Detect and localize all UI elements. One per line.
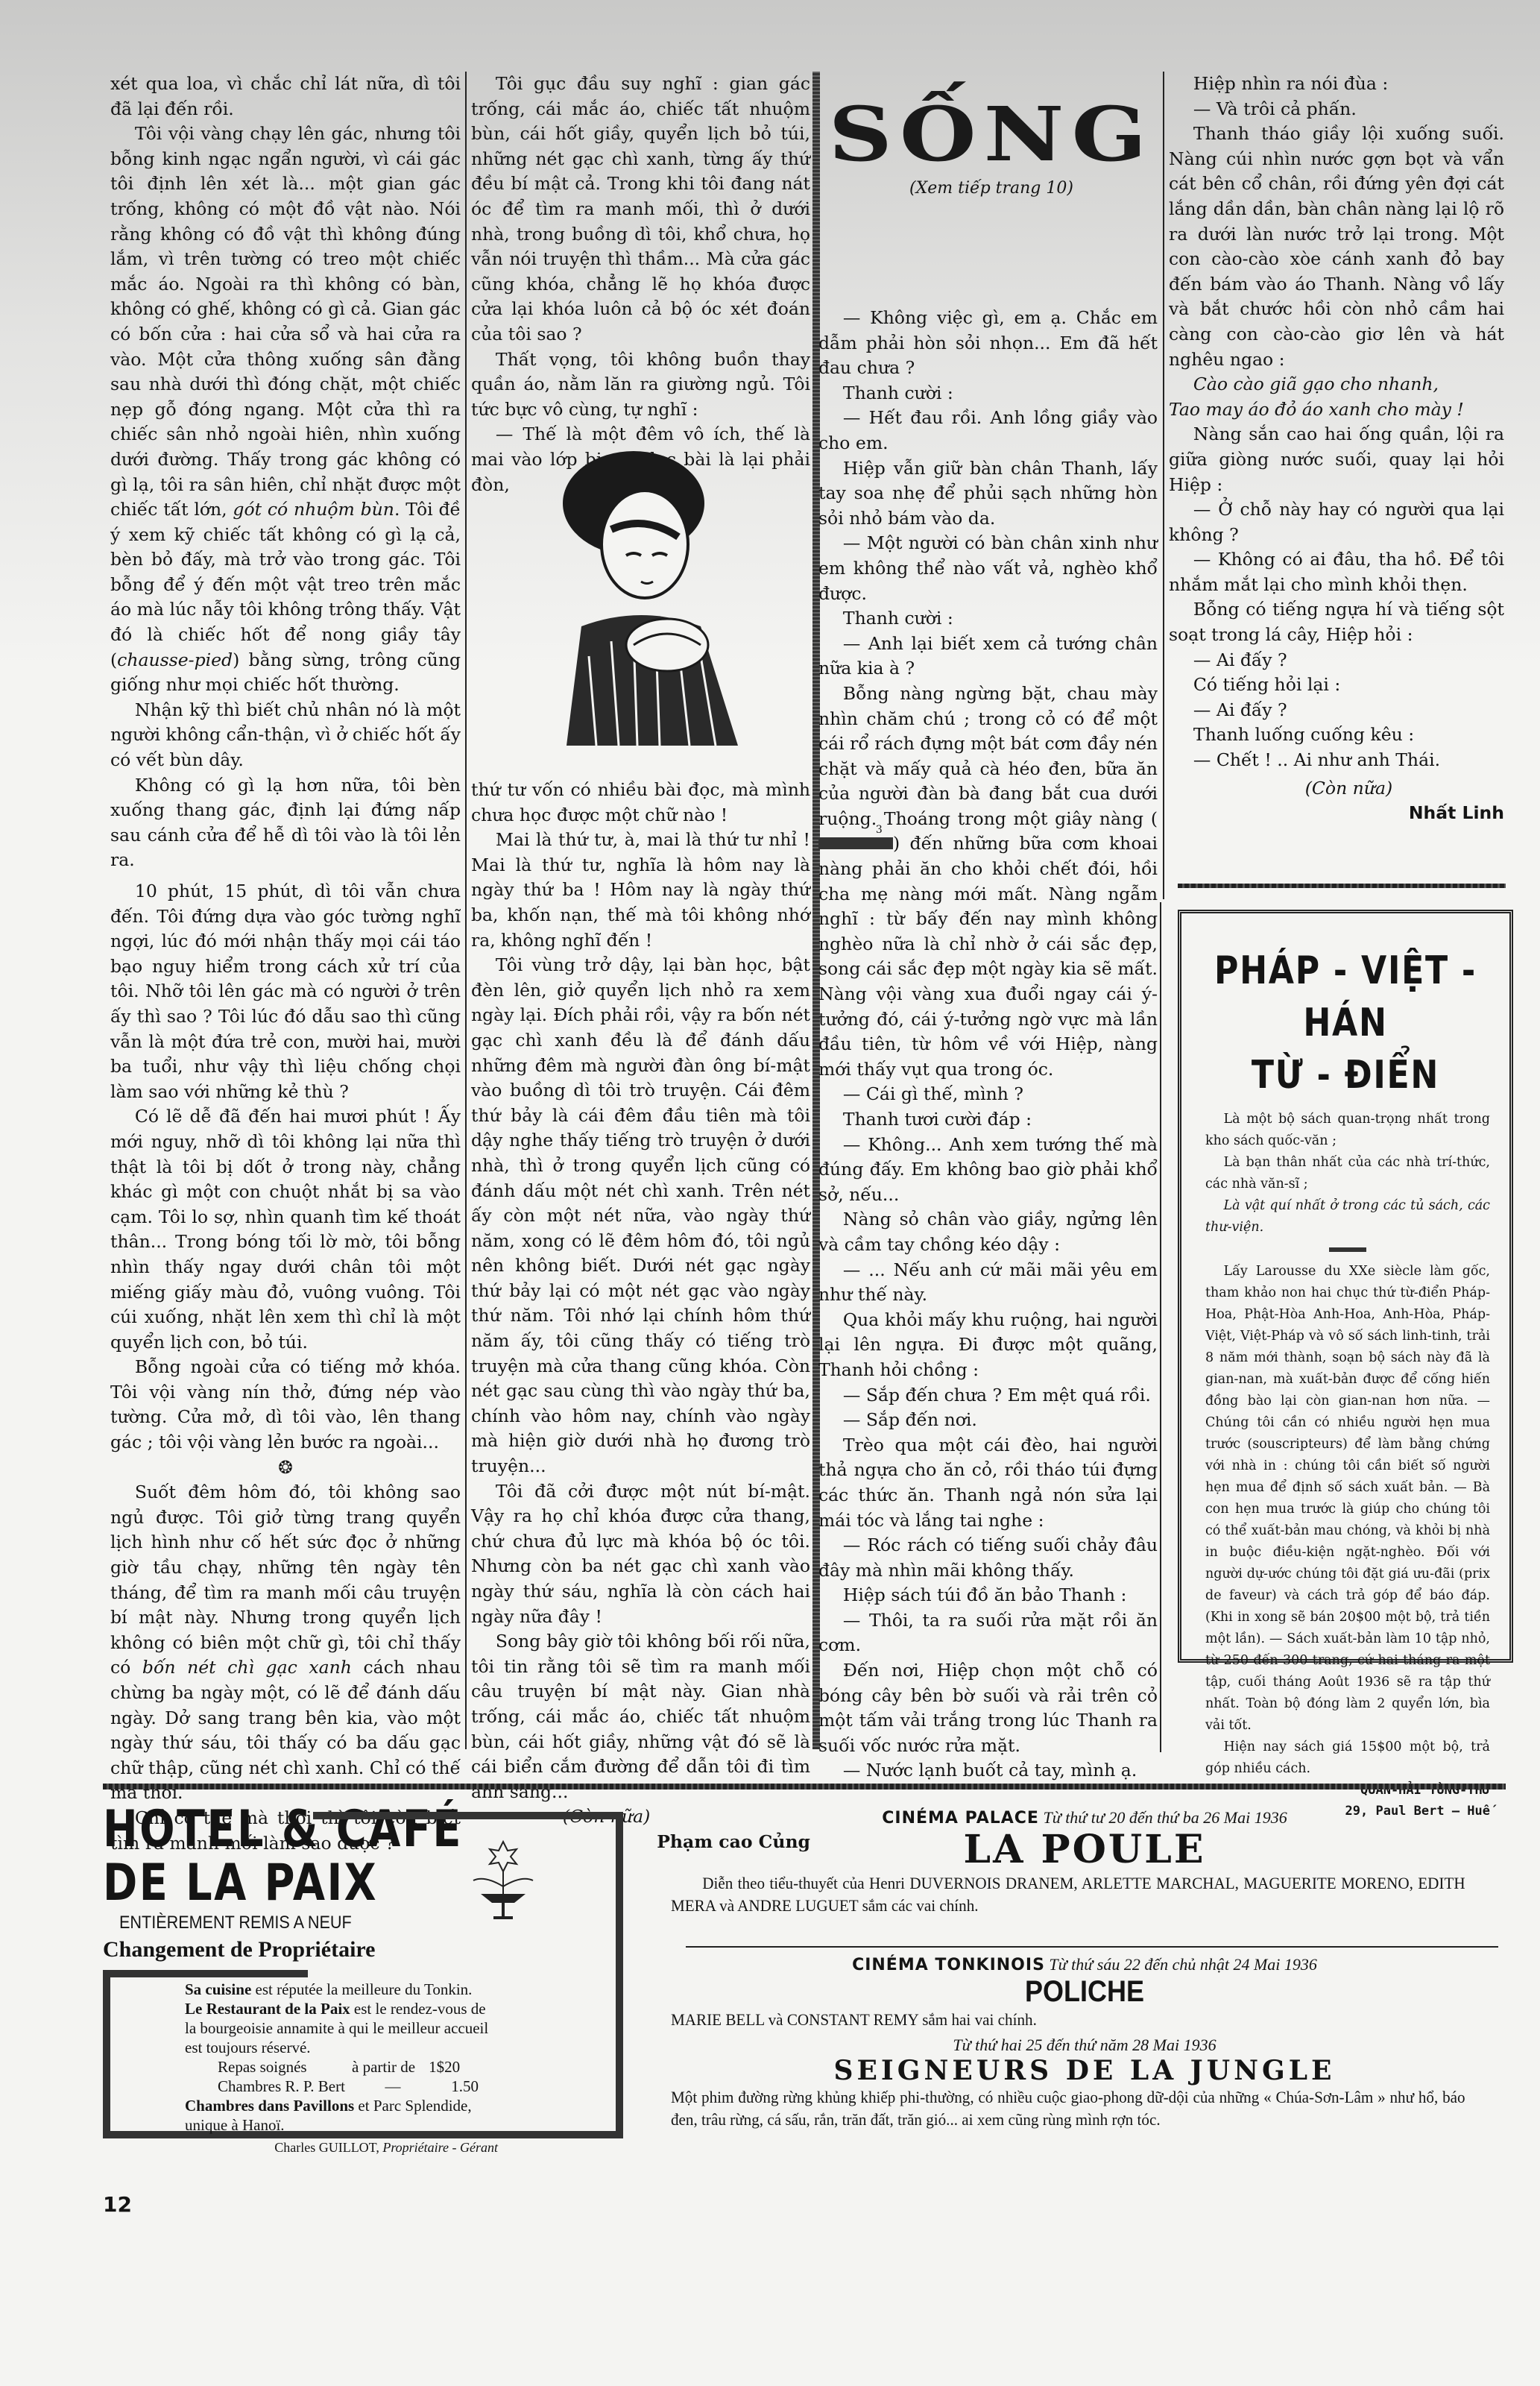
section-ornament: ❂: [110, 1455, 461, 1481]
paragraph: — Và trôi cả phấn.: [1169, 97, 1504, 122]
frame-border: [103, 1970, 308, 1977]
section-rule: [686, 1946, 1498, 1948]
cinema-tonkinois-listing: CINÉMA TONKINOIS Từ thứ sáu 22 đến chủ n…: [671, 1955, 1498, 2131]
paragraph: — ... Nếu anh cứ mãi mãi yêu em như thế …: [818, 1258, 1158, 1308]
paragraph: Tôi vùng trở dậy, lại bàn học, bật đèn l…: [471, 953, 810, 1479]
paragraph: Không có gì lạ hơn nữa, tôi bèn xuống th…: [110, 773, 461, 873]
paragraph: Thanh luống cuống kêu :: [1169, 723, 1504, 748]
paragraph: Thanh cười :: [818, 381, 1158, 406]
paragraph: Tôi vội vàng chạy lên gác, nhưng tôi bỗn…: [110, 122, 461, 698]
ad-title: PHÁP - VIỆT - HÁN: [1206, 945, 1485, 1049]
paragraph: Có tiếng hỏi lại :: [1169, 673, 1504, 698]
paragraph: Bỗng nàng ngừng bặt, chau mày nhìn chăm …: [818, 682, 1158, 1083]
paragraph: Suốt đêm hôm đó, tôi không sao ngủ được.…: [110, 1480, 461, 1806]
cinema-header: CINÉMA TONKINOIS Từ thứ sáu 22 đến chủ n…: [671, 1955, 1498, 1974]
film-title: POLICHE: [713, 1974, 1457, 2009]
paragraph: Thanh cười :: [818, 606, 1158, 632]
section-rule: [1178, 884, 1506, 888]
paragraph: — Róc rách có tiếng suối chảy đâu đây mà…: [818, 1533, 1158, 1583]
paragraph: — Ở chỗ này hay có người qua lại không ?: [1169, 497, 1504, 547]
story2-column-4: Hiệp nhìn ra nói đùa : — Và trôi cả phấn…: [1169, 72, 1504, 826]
ad-intro-line: Là vật quí nhất ở trong các tủ sách, các…: [1205, 1195, 1490, 1238]
paragraph: Nhận kỹ thì biết chủ nhân nó là một ngườ…: [110, 698, 461, 773]
frame-border: [103, 1970, 110, 2137]
paragraph: — Sắp đến nơi.: [818, 1408, 1158, 1433]
paragraph: Trèo qua một cái đèo, hai người thả ngựa…: [818, 1433, 1158, 1533]
paragraph: Song bây giờ tôi không bối rối nữa, tôi …: [471, 1629, 810, 1804]
paragraph: — Ai đấy ?: [1169, 698, 1504, 723]
paragraph: — Một người có bàn chân xinh như em khôn…: [818, 531, 1158, 606]
flower-vase-icon: [462, 1834, 544, 1924]
film-dates: Từ thứ hai 25 đến thứ năm 28 Mai 1936: [671, 2036, 1498, 2055]
paragraph: — Sắp đến chưa ? Em mệt quá rồi.: [818, 1383, 1158, 1408]
paragraph: — Chết ! .. Ai như anh Thái.: [1169, 748, 1504, 773]
ad-body: Là một bộ sách quan-trọng nhất trong kho…: [1181, 1101, 1509, 1822]
cinema-palace-listing: CINÉMA PALACE Từ thứ tư 20 đến thứ ba 26…: [671, 1808, 1498, 1917]
paragraph: 10 phút, 15 phút, dì tôi vẫn chưa đến. T…: [110, 879, 461, 1104]
paragraph: Có lẽ dễ đã đến hai mươi phút ! Ấy mới n…: [110, 1104, 461, 1355]
censored-block: 3: [818, 837, 893, 849]
ad-line: Sa cuisine est réputée la meilleure du T…: [185, 1980, 498, 1999]
story2-column-3: — Không việc gì, em ạ. Chắc em dẫm phải …: [818, 306, 1158, 1784]
paragraph: xét qua loa, vì chắc chỉ lát nữa, dì tôi…: [110, 72, 461, 122]
continued-note: (Còn nữa): [1169, 776, 1504, 802]
paragraph: — Anh lại biết xem cả tướng chân nữa kia…: [818, 632, 1158, 682]
page-number: 12: [103, 2192, 132, 2217]
film-title: LA POULE: [671, 1828, 1498, 1872]
paragraph: — Ai đấy ?: [1169, 648, 1504, 673]
film-title: SEIGNEURS DE LA JUNGLE: [671, 2055, 1498, 2086]
paragraph: — Không việc gì, em ạ. Chắc em dẫm phải …: [818, 306, 1158, 381]
price-row: Repas soignésà partir de1$20: [185, 2057, 498, 2077]
paragraph: Tôi gục đầu suy nghĩ : gian gác trống, c…: [471, 72, 810, 347]
frame-border: [616, 1812, 623, 2136]
paragraph: Thanh tươi cười đáp :: [818, 1107, 1158, 1133]
paragraph: Nàng sắn cao hai ống quần, lội ra giữa g…: [1169, 422, 1504, 497]
paragraph: — Không... Anh xem tướng thế mà đúng đấy…: [818, 1133, 1158, 1208]
paragraph: Hiệp nhìn ra nói đùa :: [1169, 72, 1504, 97]
paragraph: — Nước lạnh buốt cả tay, mình ạ.: [818, 1758, 1158, 1784]
ad-intro-line: Là bạn thân nhất của các nhà trí-thức, c…: [1205, 1152, 1490, 1195]
film-description: MARIE BELL và CONSTANT REMY sắm hai vai …: [671, 2009, 1465, 2031]
column-rule: [465, 72, 467, 1749]
section-rule: [103, 1784, 1506, 1789]
paragraph: — Hết đau rồi. Anh lồng giầy vào cho em.: [818, 406, 1158, 456]
paragraph: — Không có ai đâu, tha hồ. Để tôi nhắm m…: [1169, 547, 1504, 597]
paragraph: thứ tư vốn có nhiều bài đọc, mà mình chư…: [471, 778, 810, 828]
cinema-header: CINÉMA PALACE Từ thứ tư 20 đến thứ ba 26…: [671, 1808, 1498, 1828]
paragraph: Tôi đã cởi được một nút bí-mật. Vậy ra h…: [471, 1479, 810, 1630]
story-title: SỐNG: [827, 96, 1155, 172]
hotel-signature: Charles GUILLOT, Propriétaire - Gérant: [185, 2138, 498, 2157]
paragraph: Hiệp sách túi đồ ăn bảo Thanh :: [818, 1583, 1158, 1608]
hotel-subtitle: ENTIÈREMENT REMIS A NEUF: [119, 1913, 352, 1933]
story-subtitle: (Xem tiếp trang 10): [827, 179, 1155, 198]
ad-line: Le Restaurant de la Paix est le rendez-v…: [185, 1999, 498, 2057]
hotel-ad-body: Sa cuisine est réputée la meilleure du T…: [185, 1980, 498, 2157]
column-rule: [1160, 902, 1161, 1752]
column-rule: [1163, 72, 1164, 899]
ad-intro-line: Là một bộ sách quan-trọng nhất trong kho…: [1205, 1109, 1490, 1152]
paragraph: Nàng sỏ chân vào giầy, ngửng lên và cầm …: [818, 1207, 1158, 1257]
poem-line: Tao may áo đỏ áo xanh cho mày !: [1169, 397, 1504, 423]
author-byline: Nhất Linh: [1169, 801, 1504, 826]
woman-illustration: [522, 432, 768, 746]
price-row: Chambres R. P. Bert—1.50: [185, 2077, 498, 2096]
poem-line: Cào cào giã gạo cho nhanh,: [1169, 372, 1504, 397]
paragraph: Hiệp vẫn giữ bàn chân Thanh, lấy tay soa…: [818, 456, 1158, 532]
paragraph: Đến nơi, Hiệp chọn một chỗ có bóng cây b…: [818, 1658, 1158, 1758]
ad-title: TỪ - ĐIỂN: [1206, 1049, 1485, 1101]
paragraph: Mai là thứ tư, à, mai là thứ tư nhỉ ! Ma…: [471, 828, 810, 953]
ad-line: Chambres dans Pavillons et Parc Splendid…: [185, 2096, 498, 2135]
paragraph: Thanh tháo giầy lội xuống suối. Nàng cúi…: [1169, 122, 1504, 372]
paragraph: Bỗng ngoài cửa có tiếng mở khóa. Tôi vội…: [110, 1355, 461, 1455]
ad-paragraph: Hiện nay sách giá 15$00 một bộ, trả góp …: [1205, 1737, 1490, 1780]
dictionary-advertisement: PHÁP - VIỆT - HÁN TỪ - ĐIỂN Là một bộ sá…: [1178, 910, 1513, 1663]
separator: [1329, 1247, 1366, 1252]
paragraph: Thất vọng, tôi không buồn thay quần áo, …: [471, 347, 810, 423]
hotel-tagline: Changement de Propriétaire: [103, 1937, 376, 1962]
story1-column-1: xét qua loa, vì chắc chỉ lát nữa, dì tôi…: [110, 72, 461, 1856]
film-description: Diễn theo tiểu-thuyết của Henri DUVERNOI…: [671, 1872, 1465, 1917]
paragraph: — Thôi, ta ra suối rửa mặt rồi ăn cơm.: [818, 1608, 1158, 1658]
film-description: Một phim đường rừng khủng khiếp phi-thườ…: [671, 2086, 1465, 2131]
ad-paragraph: Lấy Larousse du XXe siècle làm gốc, tham…: [1205, 1261, 1490, 1737]
paragraph: — Cái gì thế, mình ?: [818, 1082, 1158, 1107]
story1-column-2-continued: thứ tư vốn có nhiều bài đọc, mà mình chư…: [471, 778, 810, 1855]
frame-border: [313, 1812, 620, 1819]
paragraph: Bỗng có tiếng ngựa hí và tiếng sột soạt …: [1169, 597, 1504, 647]
paragraph: Qua khỏi mấy khu ruộng, hai người lại lê…: [818, 1308, 1158, 1383]
